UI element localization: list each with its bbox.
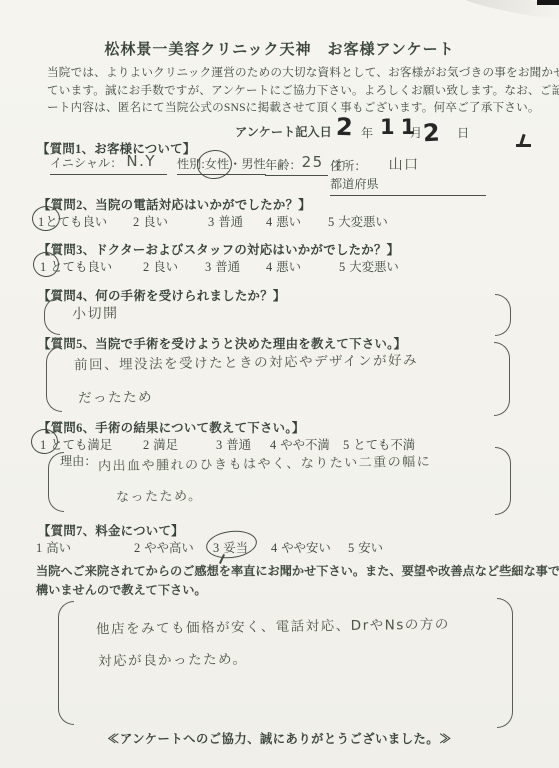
q2-option-3: 3普通	[208, 212, 243, 230]
q1-address-field: 住所： 山口 都道府県	[330, 155, 486, 196]
q2-option-2: 2良い	[133, 212, 168, 230]
q4-answer-box-left-bracket	[44, 297, 60, 335]
q7-option-1: 1高い	[36, 538, 71, 556]
q6-heading: 【質問6、手術の結果について教えて下さい。】	[38, 418, 305, 436]
stray-pen-mark	[516, 144, 531, 147]
q5-answer-line-2: だったため	[78, 382, 418, 407]
feedback-prompt-line-2: 構いませんので教えて下さい。	[36, 581, 559, 600]
date-year-unit: 年	[361, 124, 373, 141]
q1-initial-field: イニシャル： N.Y	[50, 153, 167, 175]
feedback-prompt: 当院へご来院されてからのご感想を率直にお聞かせ下さい。また、要望や改善点など些細…	[36, 562, 559, 600]
footer-thanks: ≪アンケートへのご協力、誠にありがとうございました。≫	[0, 729, 559, 747]
q2-option-5: 5大変悪い	[328, 212, 388, 230]
q6-option-4: 4やや不満	[270, 435, 330, 453]
date-label: アンケート記入日	[235, 123, 332, 140]
date-year-value: 2	[336, 113, 354, 142]
q2-heading: 【質問2、当院の電話対応はいかがでしたか？】	[38, 195, 311, 213]
intro-line-3: ート内容は、匿名にて当院公式のSNSに掲載させて頂く事もございます。何卒ご了承下…	[47, 99, 559, 117]
date-month-unit: 月	[410, 124, 422, 141]
q4-answer-handwriting: 小切開	[72, 303, 119, 324]
q3-heading: 【質問3、ドクターおよびスタッフの対応はいかがでしたか？】	[38, 240, 399, 258]
intro-line-1: 当院では、よりよいクリニック運営のための大切な資料として、お客様がお気づきの事を…	[47, 64, 559, 82]
q3-option-4: 4悪い	[266, 257, 301, 275]
q4-answer-box-right-bracket	[495, 294, 511, 336]
q7-heading: 【質問7、料金について】	[38, 521, 184, 539]
feedback-answer-line-2: 対応が良かったため。	[98, 645, 450, 670]
q7-option-4: 4やや安い	[271, 538, 331, 556]
q7-selection-circle	[205, 528, 259, 561]
date-day-unit: 日	[457, 124, 469, 141]
q7-option-2: 2やや高い	[134, 538, 194, 556]
survey-document: 松林景一美容クリニック天神 お客様アンケート 当院では、よりよいクリニック運営の…	[0, 0, 559, 768]
q1-address-value: 山口	[389, 157, 420, 173]
q6-reason-box-right-bracket	[495, 447, 511, 515]
feedback-handwriting: 他店をみても価格が安く、電話対応、DrやNsの方の 対応が良かったため。	[96, 615, 450, 667]
q5-answer-handwriting: 前回、埋没法を受けたときの対応やデザインが好み だったため	[74, 351, 418, 404]
q5-answer-box-right-bracket	[494, 342, 510, 416]
q4-heading: 【質問4、何の手術を受けられましたか？】	[38, 286, 286, 304]
intro-paragraph: 当院では、よりよいクリニック運営のための大切な資料として、お客様がお気づきの事を…	[47, 64, 559, 117]
feedback-box-left-bracket	[58, 601, 74, 725]
q7-option-5: 5安い	[348, 538, 383, 556]
q3-option-5: 5大変悪い	[339, 257, 399, 275]
q1-initial-label: イニシャル：	[50, 156, 122, 170]
q1-age-label: 年齢：	[265, 158, 302, 172]
q1-address-label: 住所：	[330, 159, 367, 173]
feedback-answer-line-1: 他店をみても価格が安く、電話対応、DrやNsの方の	[96, 613, 450, 638]
q6-option-2: 2満足	[143, 435, 178, 453]
q3-option-2: 2良い	[143, 257, 178, 275]
q2-option-4: 4悪い	[266, 212, 301, 230]
q5-answer-box-left-bracket	[46, 346, 62, 412]
feedback-prompt-line-1: 当院へご来院されてからのご感想を率直にお聞かせ下さい。また、要望や改善点など些細…	[36, 562, 559, 581]
q6-option-3: 3普通	[216, 435, 251, 453]
intro-line-2: ています。誠にお手数ですが、アンケートにご協力下さい。よろしくお願い致します。な…	[47, 82, 559, 100]
q1-address-unit: 都道府県	[330, 177, 379, 191]
q1-age-value: 25	[302, 153, 324, 171]
q6-reason-label: 理由：	[60, 452, 97, 469]
q6-reason-handwriting: 内出血や腫れのひきもはやく、なりたい二重の幅に なったため。	[98, 453, 431, 503]
q3-option-3: 3普通	[205, 257, 240, 275]
q6-reason-line-1: 内出血や腫れのひきもはやく、なりたい二重の幅に	[98, 451, 431, 475]
date-day-value: 2	[422, 119, 440, 148]
scan-corner-mark	[537, 0, 559, 5]
q6-reason-line-2: なったため。	[116, 482, 431, 505]
q1-gender-selection-circle	[196, 148, 234, 180]
feedback-box-right-bracket	[497, 598, 513, 728]
page-title: 松林景一美容クリニック天神 お客様アンケート	[0, 38, 559, 59]
q5-answer-line-1: 前回、埋没法を受けたときの対応やデザインが好み	[74, 349, 418, 374]
q1-initial-value: N.Y	[126, 152, 156, 170]
